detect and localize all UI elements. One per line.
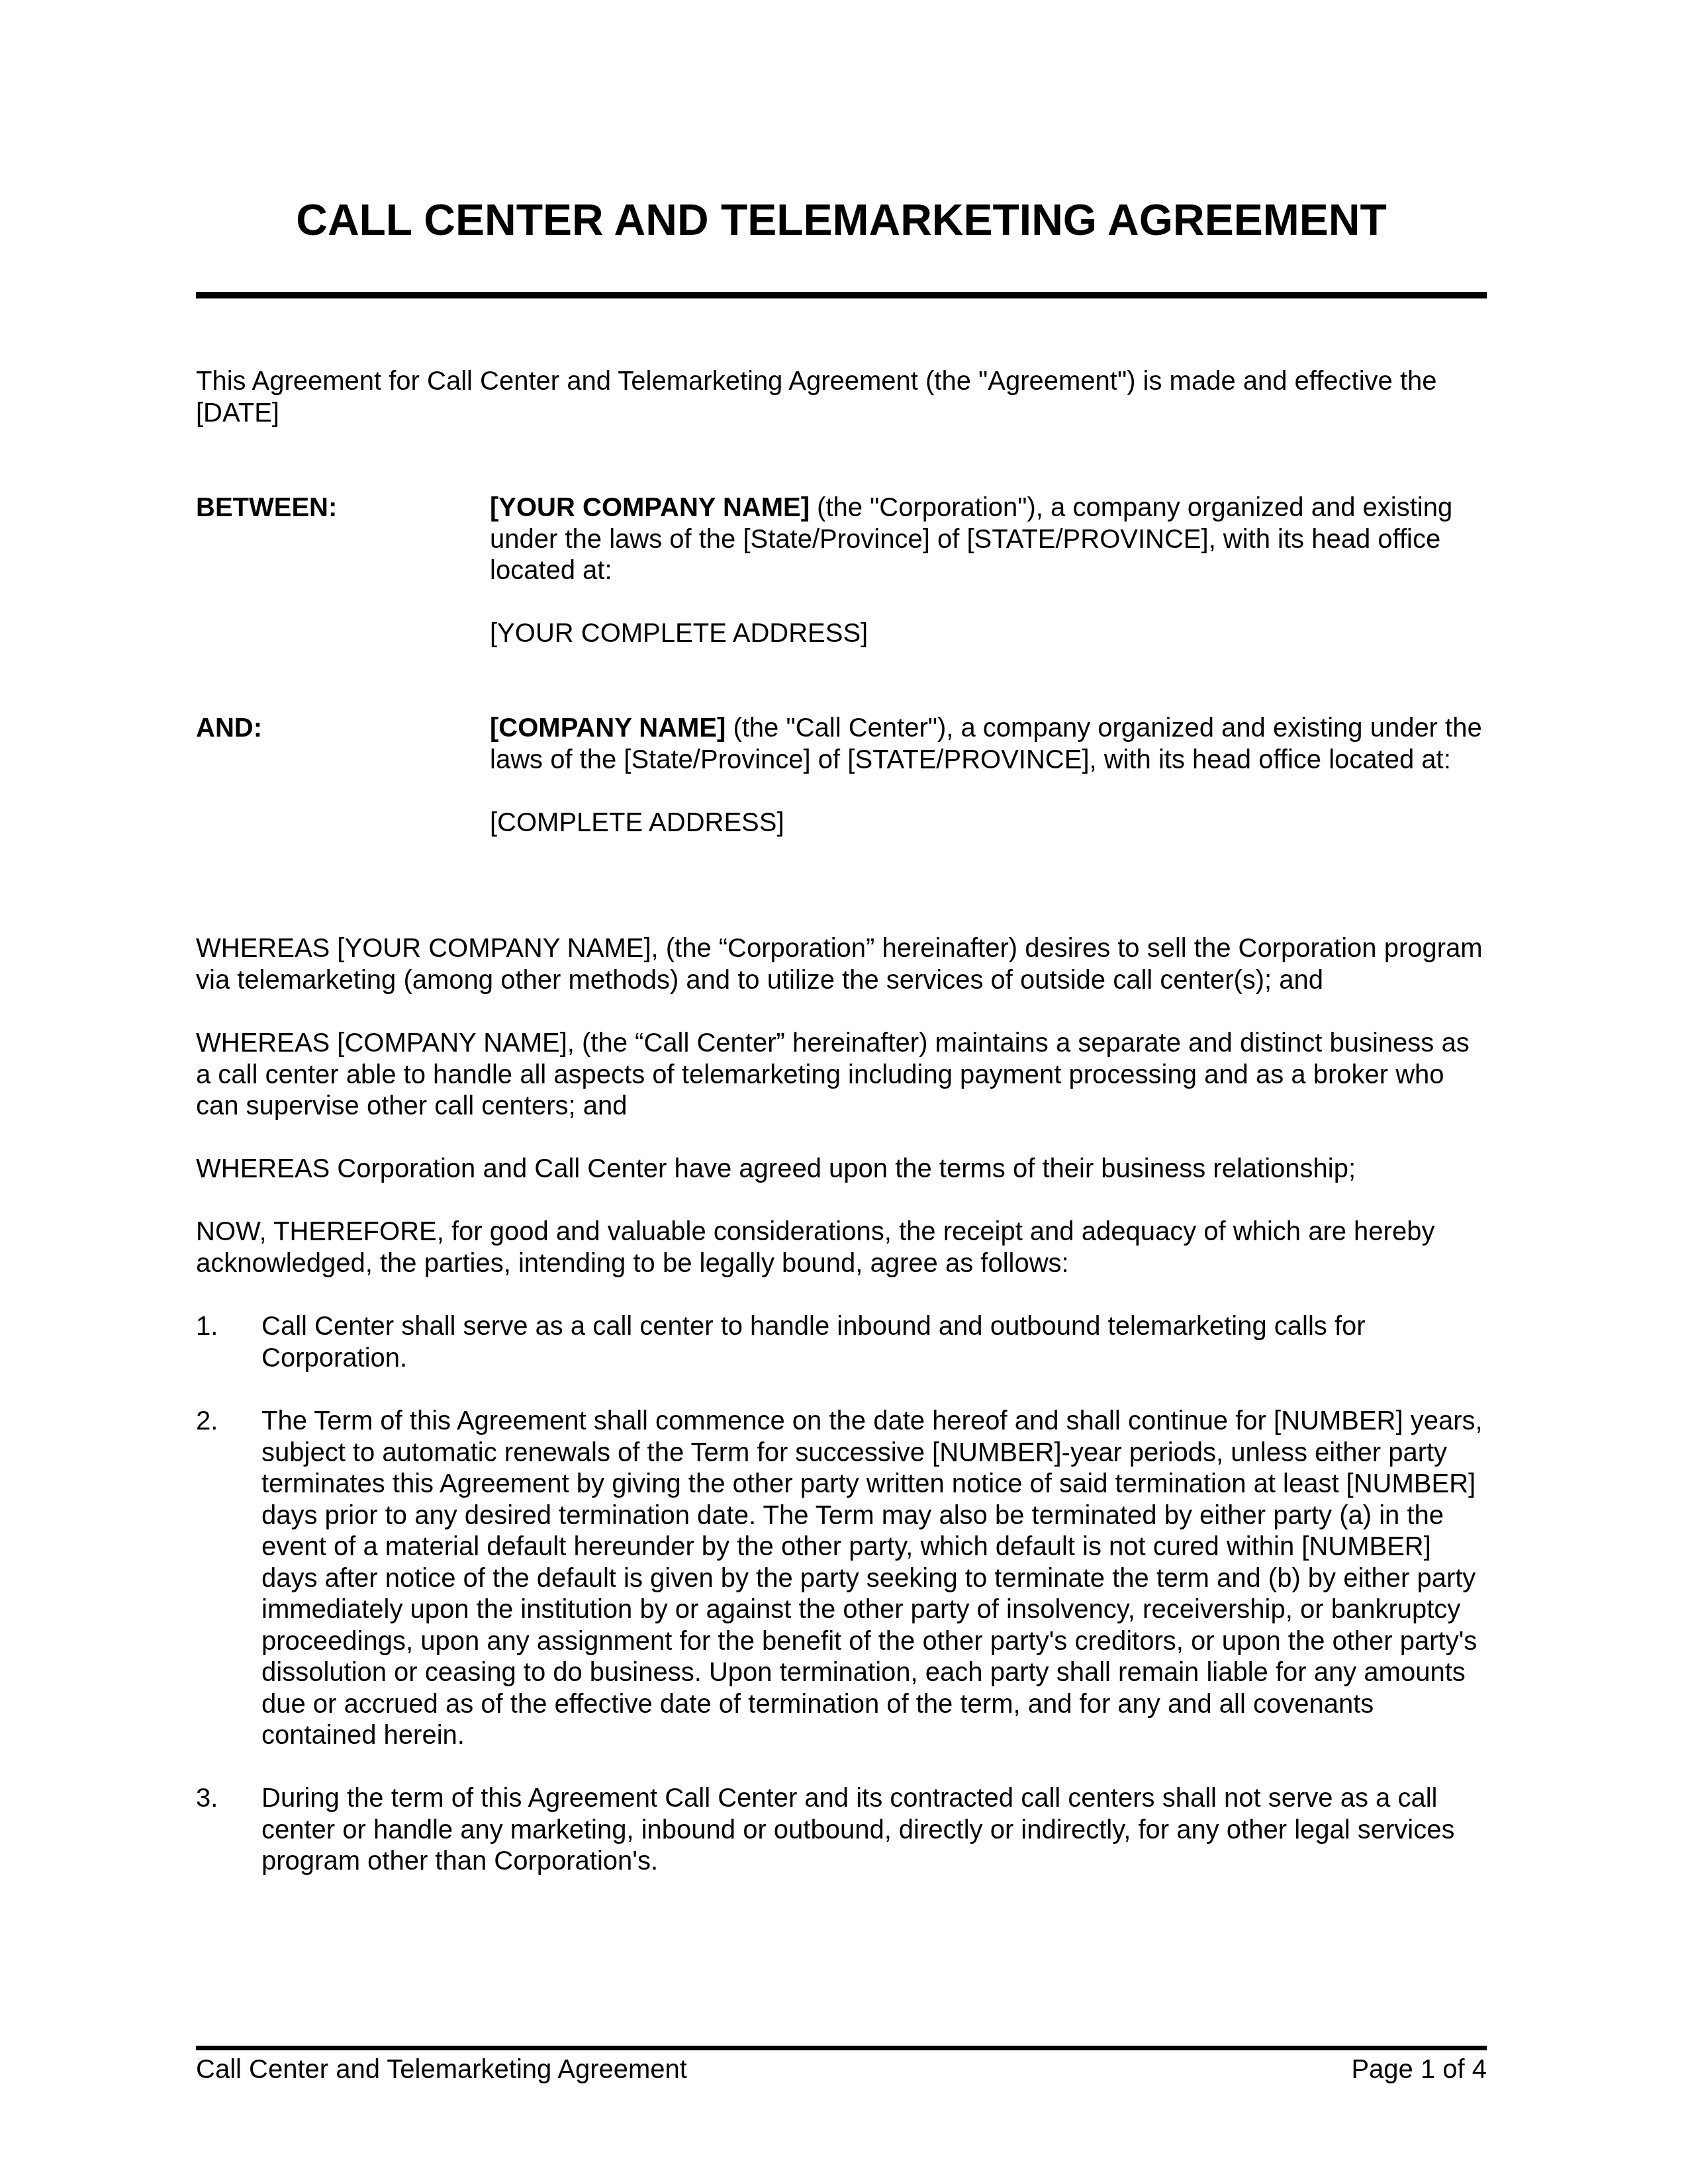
party-name-call-center: [COMPANY NAME] bbox=[490, 713, 726, 743]
party-description: [YOUR COMPANY NAME] (the "Corporation"),… bbox=[490, 492, 1487, 587]
clause-text: Call Center shall serve as a call center… bbox=[261, 1311, 1487, 1374]
clause-number: 3. bbox=[196, 1783, 218, 1815]
title-rule-divider bbox=[196, 292, 1487, 298]
intro-paragraph: This Agreement for Call Center and Telem… bbox=[196, 366, 1487, 429]
footer-rule-divider bbox=[196, 2046, 1487, 2050]
recital-3: WHEREAS Corporation and Call Center have… bbox=[196, 1154, 1487, 1185]
party-address-call-center: [COMPLETE ADDRESS] bbox=[490, 807, 1487, 839]
party-name-corporation: [YOUR COMPANY NAME] bbox=[490, 493, 810, 522]
party-label-and: AND: bbox=[196, 713, 262, 745]
party-description: [COMPANY NAME] (the "Call Center"), a co… bbox=[490, 713, 1487, 776]
party-content-corporation: [YOUR COMPANY NAME] (the "Corporation"),… bbox=[490, 492, 1487, 650]
party-content-call-center: [COMPANY NAME] (the "Call Center"), a co… bbox=[490, 713, 1487, 839]
clause-text: The Term of this Agreement shall commenc… bbox=[261, 1406, 1487, 1752]
clause-text: During the term of this Agreement Call C… bbox=[261, 1783, 1487, 1878]
recital-1: WHEREAS [YOUR COMPANY NAME], (the “Corpo… bbox=[196, 933, 1487, 996]
party-address-corporation: [YOUR COMPLETE ADDRESS] bbox=[490, 618, 1487, 650]
clause-number: 2. bbox=[196, 1406, 218, 1437]
page-number: Page 1 of 4 bbox=[1351, 2054, 1487, 2085]
footer-document-name: Call Center and Telemarketing Agreement bbox=[196, 2054, 687, 2085]
clause-number: 1. bbox=[196, 1311, 218, 1343]
document-title: CALL CENTER AND TELEMARKETING AGREEMENT bbox=[196, 193, 1487, 246]
recital-2: WHEREAS [COMPANY NAME], (the “Call Cente… bbox=[196, 1028, 1487, 1122]
now-therefore-paragraph: NOW, THEREFORE, for good and valuable co… bbox=[196, 1216, 1487, 1279]
party-label-between: BETWEEN: bbox=[196, 492, 337, 524]
